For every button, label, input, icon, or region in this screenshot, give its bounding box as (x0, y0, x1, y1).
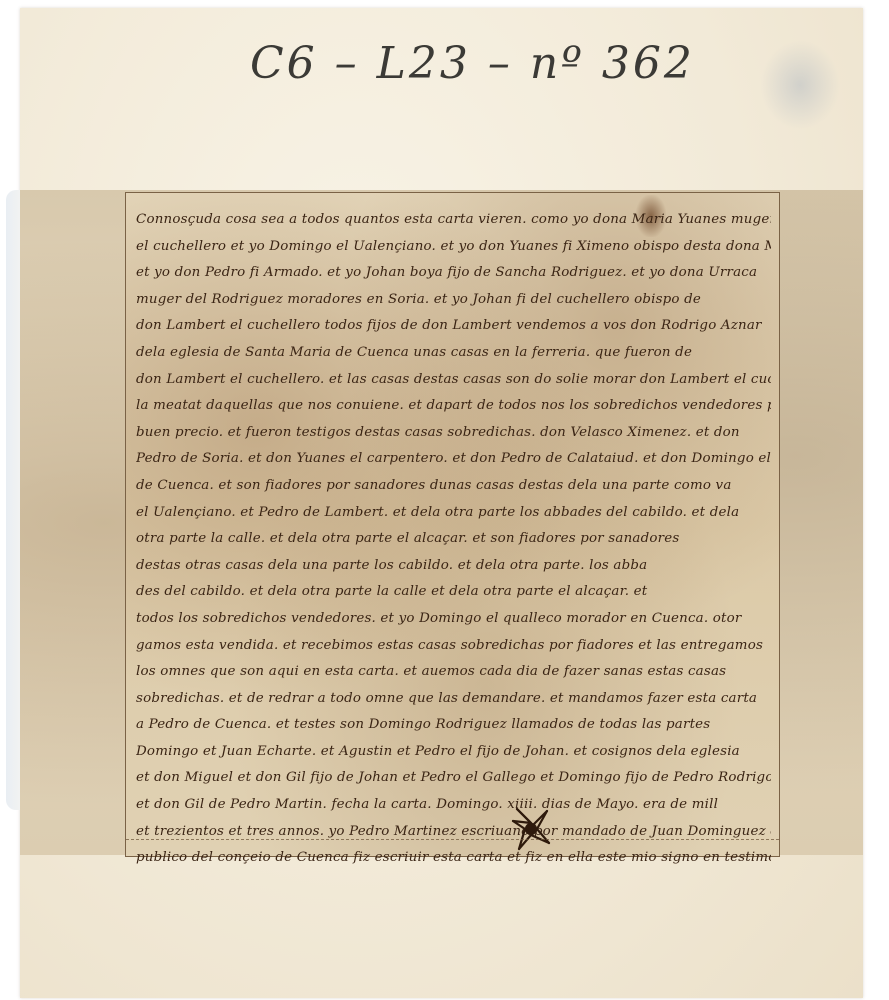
text-line: et yo don Pedro fi Armado. et yo Johan b… (136, 260, 771, 287)
text-line: muger del Rodriguez moradores en Soria. … (136, 287, 771, 314)
text-line: de Cuenca. et son fiadores por sanadores… (136, 473, 771, 500)
text-line: el cuchellero et yo Domingo el Ualençian… (136, 234, 771, 261)
text-line: sobredichas. et de redrar a todo omne qu… (136, 686, 771, 713)
text-line: la meatat daquellas que nos conuiene. et… (136, 393, 771, 420)
text-line: don Lambert el cuchellero todos fijos de… (136, 313, 771, 340)
text-line: destas otras casas dela una parte los ca… (136, 553, 771, 580)
text-line: et don Miguel et don Gil fijo de Johan e… (136, 765, 771, 792)
text-line: publico del conçeio de Cuenca fiz escriu… (136, 845, 771, 872)
text-line: todos los sobredichos vendedores. et yo … (136, 606, 771, 633)
text-line: los omnes que son aqui en esta carta. et… (136, 659, 771, 686)
text-line: otra parte la calle. et dela otra parte … (136, 526, 771, 553)
ink-smudge (760, 40, 840, 130)
text-line: des del cabildo. et dela otra parte la c… (136, 579, 771, 606)
charter-text: Connosçuda cosa sea a todos quantos esta… (136, 207, 771, 872)
text-line: dela eglesia de Santa Maria de Cuenca un… (136, 340, 771, 367)
text-line: Connosçuda cosa sea a todos quantos esta… (136, 207, 771, 234)
shelfmark-label: C6 – L23 – nº 362 (250, 38, 770, 108)
text-line: a Pedro de Cuenca. et testes son Domingo… (136, 712, 771, 739)
text-line: el Ualençiano. et Pedro de Lambert. et d… (136, 500, 771, 527)
text-line: buen precio. et fueron testigos destas c… (136, 420, 771, 447)
text-line: gamos esta vendida. et recebimos estas c… (136, 633, 771, 660)
text-line: Pedro de Soria. et don Yuanes el carpent… (136, 446, 771, 473)
text-line: don Lambert el cuchellero. et las casas … (136, 367, 771, 394)
text-line: Domingo et Juan Echarte. et Agustin et P… (136, 739, 771, 766)
charter-parchment: Connosçuda cosa sea a todos quantos esta… (125, 192, 780, 857)
ruling-lines (126, 839, 779, 848)
text-line: et don Gil de Pedro Martin. fecha la car… (136, 792, 771, 819)
